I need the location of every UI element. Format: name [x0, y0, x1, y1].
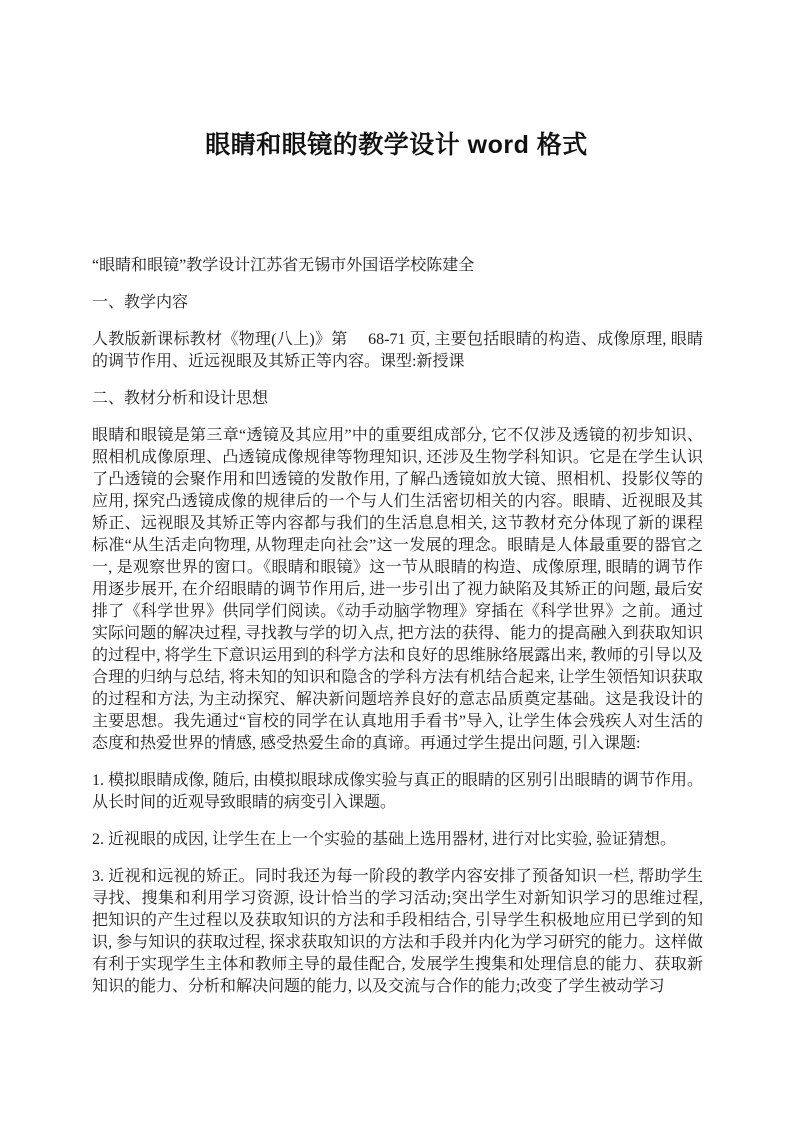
list-item-1: 1. 模拟眼睛成像, 随后, 由模拟眼球成像实验与真正的眼睛的区别引出眼睛的调节…	[92, 770, 703, 814]
document-body: “眼睛和眼镜”教学设计江苏省无锡市外国语学校陈建全 一、教学内容 人教版新课标教…	[0, 255, 793, 998]
list-item-2: 2. 近视眼的成因, 让学生在上一个实验的基础上选用器材, 进行对比实验, 验证…	[92, 829, 703, 851]
byline: “眼睛和眼镜”教学设计江苏省无锡市外国语学校陈建全	[92, 255, 703, 277]
section-heading-teaching-content: 一、教学内容	[92, 292, 703, 314]
list-item-3: 3. 近视和远视的矫正。同时我还为每一阶段的教学内容安排了预备知识一栏, 帮助学…	[92, 866, 703, 998]
document-page: 眼睛和眼镜的教学设计 word 格式 “眼睛和眼镜”教学设计江苏省无锡市外国语学…	[0, 0, 793, 1122]
section-heading-material-analysis: 二、教材分析和设计思想	[92, 388, 703, 410]
paragraph-material-analysis: 眼睛和眼镜是第三章“透镜及其应用”中的重要组成部分, 它不仅涉及透镜的初步知识、…	[92, 425, 703, 755]
document-title: 眼睛和眼镜的教学设计 word 格式	[0, 129, 793, 162]
paragraph-teaching-content: 人教版新课标教材《物理(八上)》第 68-71 页, 主要包括眼睛的构造、成像原…	[92, 329, 703, 373]
